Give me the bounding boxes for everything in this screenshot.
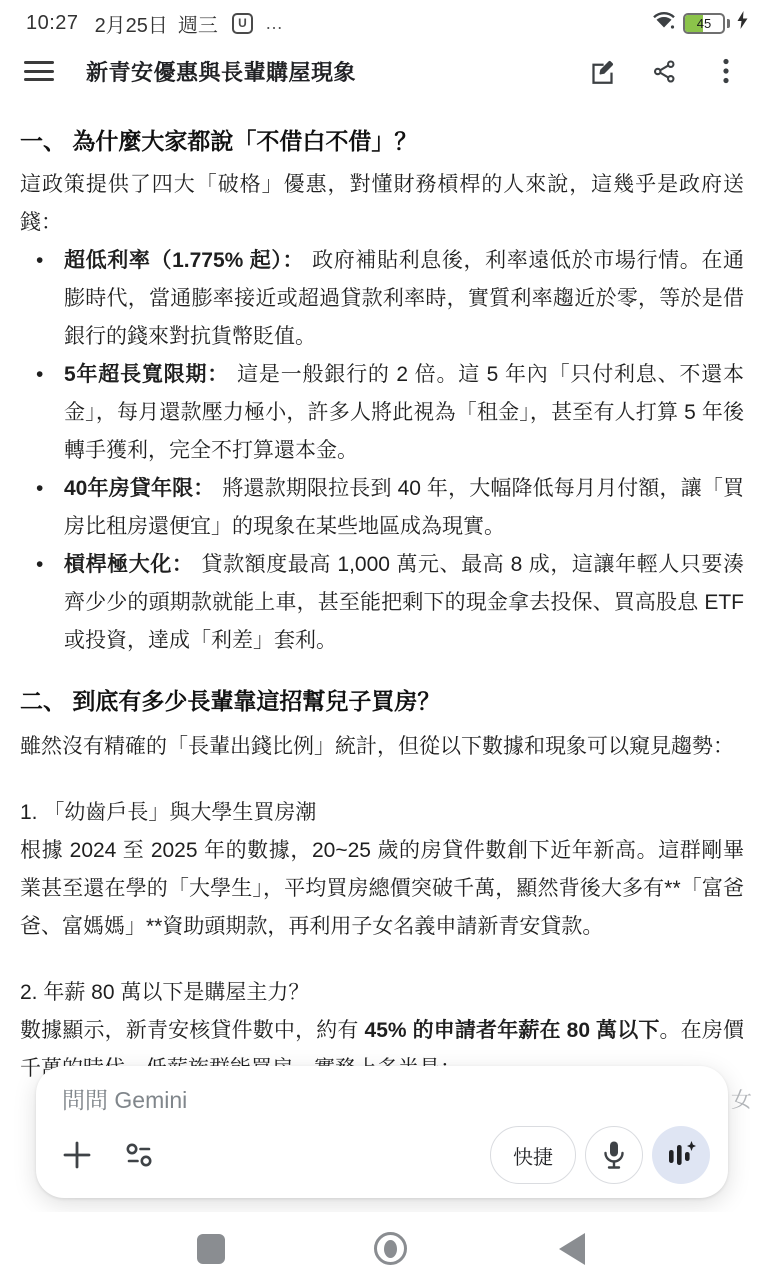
section-1-intro: 這政策提供了四大「破格」優惠，對懂財務槓桿的人來說，這幾乎是政府送錢： [20, 166, 744, 242]
android-nav-bar [0, 1212, 764, 1280]
gemini-live-waveform-button[interactable] [652, 1126, 710, 1184]
phone-screen: 10:27 2月25日 週三 U … 45 [0, 0, 764, 1280]
gemini-prompt-input[interactable]: 問問 Gemini [62, 1082, 187, 1115]
clipped-overflow-character: 女 [731, 1084, 752, 1114]
subsection-1: 1. 「幼齒戶長」與大學生買房潮 根據 2024 至 2025 年的數據，20~… [20, 794, 744, 946]
section-2-heading: 二、 到底有多少長輩靠這招幫兒子買房？ [20, 686, 744, 716]
quick-actions-button[interactable]: 快捷 [490, 1126, 576, 1184]
list-item: 超低利率（1.775% 起）：政府補貼利息後，利率遠低於市場行情。在通膨時代，當… [20, 242, 744, 356]
tools-tune-icon[interactable] [122, 1138, 156, 1172]
microphone-button[interactable] [585, 1126, 643, 1184]
list-item: 5年超長寬限期：這是一般銀行的 2 倍。這 5 年內「只付利息、不還本金」，每月… [20, 356, 744, 470]
list-item: 40年房貸年限：將還款期限拉長到 40 年，大幅降低每月月付額，讓「買房比租房還… [20, 470, 744, 546]
subsection-2-title: 2. 年薪 80 萬以下是購屋主力？ [20, 974, 744, 1012]
bold-statistic: 45% 的申請者年薪在 80 萬以下 [365, 1019, 660, 1042]
add-attachment-icon[interactable] [60, 1138, 94, 1172]
subsection-1-paragraph: 根據 2024 至 2025 年的數據，20~25 歲的房貸件數創下近年新高。這… [20, 832, 744, 946]
bullet-lead: 超低利率（1.775% 起）： [64, 249, 304, 272]
home-button[interactable] [374, 1232, 407, 1265]
benefits-list: 超低利率（1.775% 起）：政府補貼利息後，利率遠低於市場行情。在通膨時代，當… [20, 242, 744, 660]
bullet-lead: 槓桿極大化： [64, 553, 193, 576]
recent-apps-button[interactable] [197, 1234, 225, 1264]
document-content: 一、 為什麼大家都說「不借白不借」？ 這政策提供了四大「破格」優惠，對懂財務槓桿… [20, 0, 744, 1126]
section-2-intro: 雖然沒有精確的「長輩出錢比例」統計，但從以下數據和現象可以窺見趨勢： [20, 728, 744, 766]
input-actions: 快捷 [490, 1126, 710, 1184]
bullet-lead: 40年房貸年限： [64, 477, 214, 500]
bullet-lead: 5年超長寬限期： [64, 363, 229, 386]
list-item: 槓桿極大化：貸款額度最高 1,000 萬元、最高 8 成，這讓年輕人只要湊齊少少… [20, 546, 744, 660]
back-button[interactable] [559, 1233, 585, 1265]
subsection-1-title: 1. 「幼齒戶長」與大學生買房潮 [20, 794, 744, 832]
home-button-inner [384, 1240, 397, 1258]
input-card-toolbar: 快捷 [56, 1126, 710, 1184]
quick-actions-label: 快捷 [513, 1141, 553, 1170]
gemini-input-card: 問問 Gemini 快捷 [36, 1066, 728, 1198]
section-1-heading: 一、 為什麼大家都說「不借白不借」？ [20, 126, 744, 156]
